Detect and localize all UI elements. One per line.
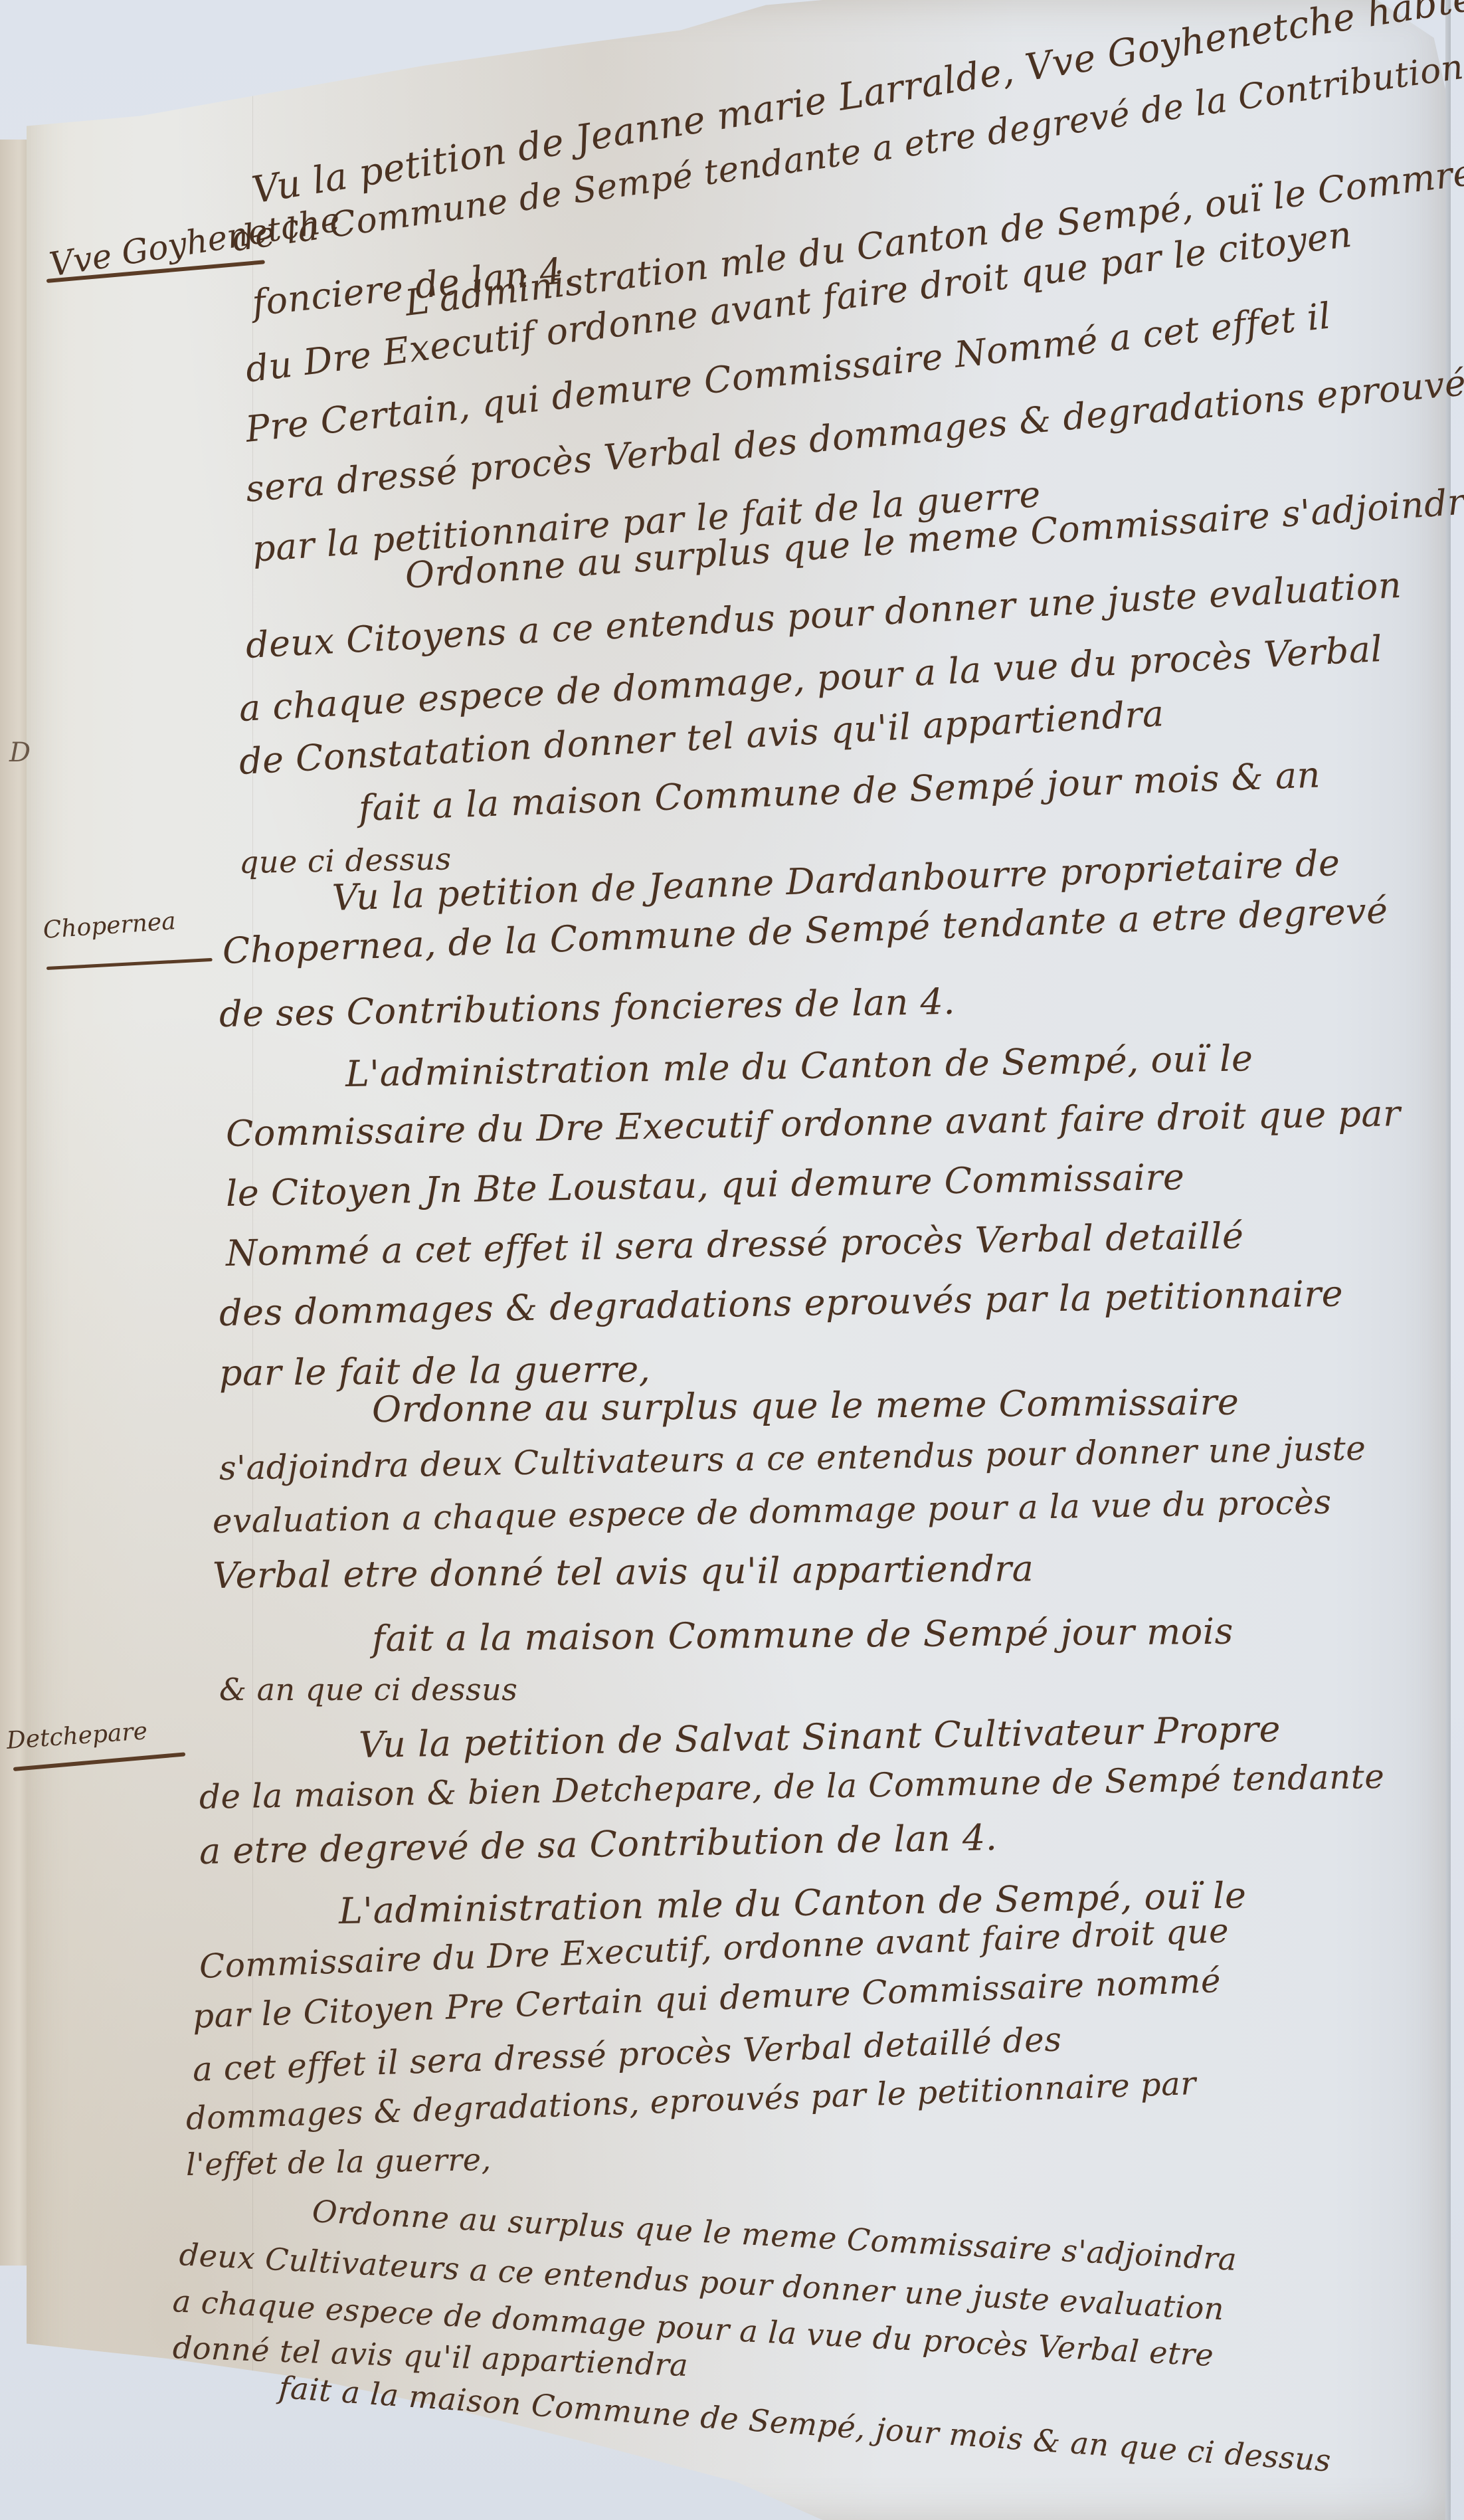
- text-line: fait a la maison Commune de Sempé, jour …: [278, 2372, 1332, 2476]
- text-line: l'effet de la guerre,: [186, 2144, 492, 2180]
- text-line: de la maison & bien Detchepare, de la Co…: [199, 1760, 1385, 1814]
- register-entry-3: Vu la petition de Salvat Sinant Cultivat…: [0, 0, 1464, 2520]
- text-line: a etre degrevé de sa Contribution de lan…: [199, 1820, 998, 1870]
- text-line: Vu la petition de Salvat Sinant Cultivat…: [359, 1711, 1281, 1763]
